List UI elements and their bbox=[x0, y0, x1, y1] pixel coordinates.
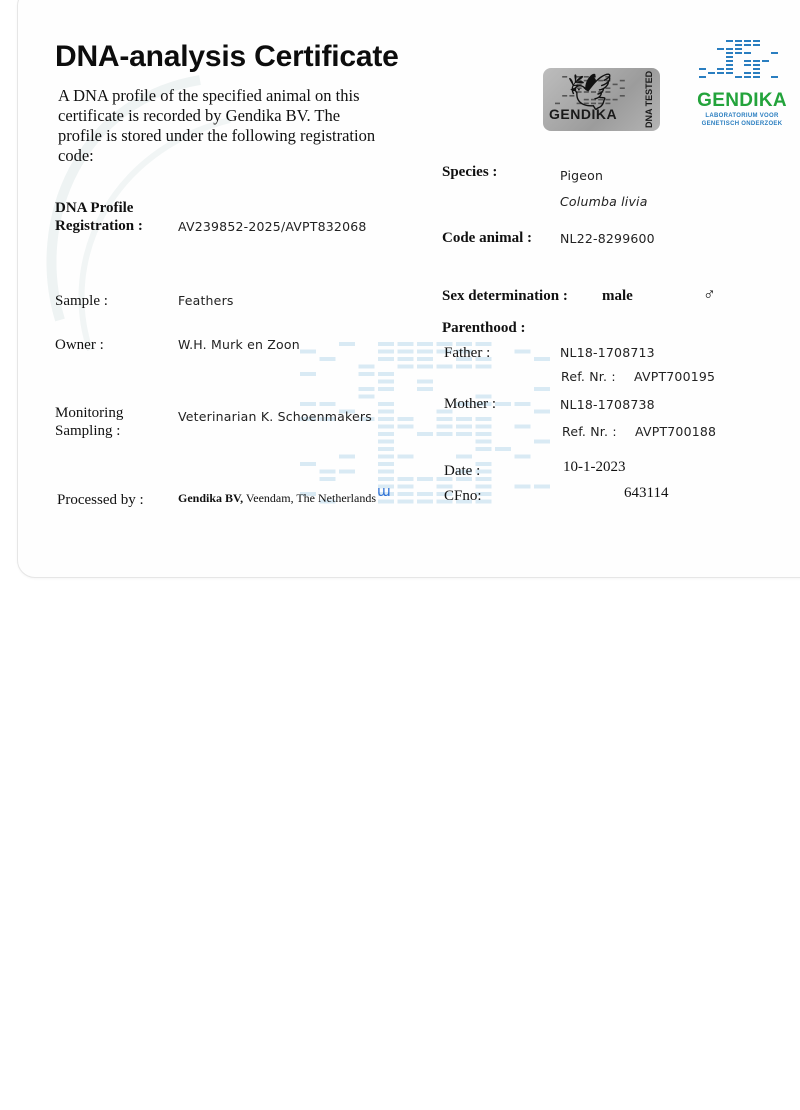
code-animal-label: Code animal : bbox=[442, 229, 532, 248]
date-label: Date : bbox=[444, 462, 480, 481]
signature-mark: ɯ bbox=[377, 484, 391, 500]
registration-label-2: Registration : bbox=[55, 217, 143, 236]
registration-label-1: DNA Profile bbox=[55, 199, 133, 218]
registration-value: AV239852-2025/AVPT832068 bbox=[178, 219, 367, 234]
badge-tested-label: DNA TESTED bbox=[644, 70, 658, 128]
owner-value: W.H. Murk en Zoon bbox=[178, 337, 300, 352]
processed-value: Gendika BV, Veendam, The Netherlands bbox=[178, 491, 376, 506]
processed-label: Processed by : bbox=[57, 491, 144, 510]
species-latin: Columba livia bbox=[560, 194, 648, 209]
monitoring-label-1: Monitoring bbox=[55, 404, 123, 423]
sex-value: male bbox=[602, 287, 633, 306]
certificate-intro: A DNA profile of the specified animal on… bbox=[58, 86, 388, 166]
mother-value: NL18-1708738 bbox=[560, 397, 655, 412]
gendika-g-icon bbox=[699, 40, 785, 88]
monitoring-value: Veterinarian K. Schoenmakers bbox=[178, 409, 372, 424]
processed-location: Veendam, The Netherlands bbox=[243, 491, 376, 505]
logo-subtitle-1: LABORATORIUM VOOR bbox=[694, 112, 790, 120]
father-ref-label: Ref. Nr. : bbox=[561, 369, 616, 384]
logo-subtitle-2: GENETISCH ONDERZOEK bbox=[694, 120, 790, 128]
sample-label: Sample : bbox=[55, 292, 108, 311]
pigeon-icon: 🕊 bbox=[567, 74, 613, 110]
owner-label: Owner : bbox=[55, 336, 104, 355]
parenthood-label: Parenthood : bbox=[442, 319, 525, 338]
code-animal-value: NL22-8299600 bbox=[560, 231, 655, 246]
father-ref-value: AVPT700195 bbox=[634, 369, 715, 384]
badge-brand: GENDIKA bbox=[549, 106, 617, 122]
logo-name: GENDIKA bbox=[694, 90, 790, 112]
male-symbol-icon: ♂ bbox=[703, 285, 716, 304]
father-label: Father : bbox=[444, 344, 490, 363]
date-value: 10-1-2023 bbox=[563, 459, 626, 476]
cfno-label: CFno: bbox=[444, 487, 482, 506]
certificate-title: DNA-analysis Certificate bbox=[55, 40, 399, 74]
dna-tested-badge: 🕊 GENDIKA DNA TESTED bbox=[543, 68, 660, 131]
mother-label: Mother : bbox=[444, 395, 496, 414]
species-label: Species : bbox=[442, 163, 497, 182]
gendika-logo: GENDIKA LABORATORIUM VOOR GENETISCH ONDE… bbox=[694, 40, 790, 128]
father-value: NL18-1708713 bbox=[560, 345, 655, 360]
sample-value: Feathers bbox=[178, 293, 234, 308]
mother-ref-value: AVPT700188 bbox=[635, 424, 716, 439]
sex-label: Sex determination : bbox=[442, 287, 568, 306]
monitoring-label-2: Sampling : bbox=[55, 422, 120, 441]
species-common: Pigeon bbox=[560, 168, 603, 183]
mother-ref-label: Ref. Nr. : bbox=[562, 424, 617, 439]
processed-company: Gendika BV, bbox=[178, 491, 243, 505]
cfno-value: 643114 bbox=[624, 485, 668, 502]
